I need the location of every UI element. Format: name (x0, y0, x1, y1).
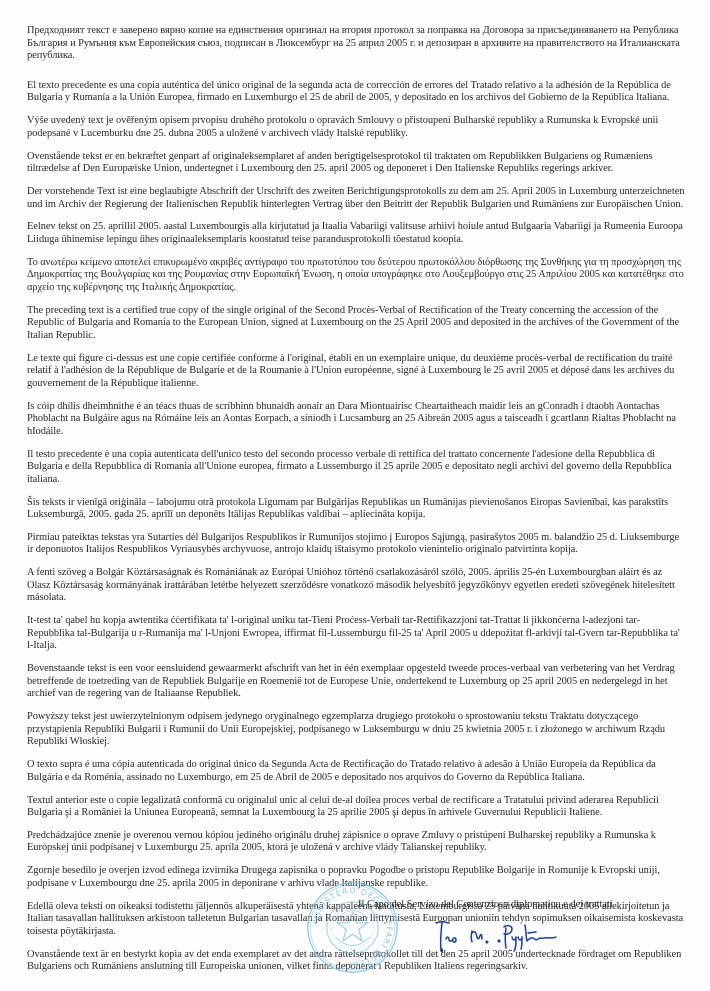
paragraph-fr: Le texte qui figure ci-dessus est une co… (27, 353, 687, 391)
ministry-stamp-icon: MINISTERO DEGLI AFFARI ESTERI ★ (305, 880, 400, 975)
document-page: Предходният текст е заверено вярно копие… (0, 0, 710, 991)
paragraph-el: Το ανωτέρω κείμενο αποτελεί επικυρωμένο … (27, 257, 687, 295)
paragraph-bg: Предходният текст е заверено вярно копие… (27, 25, 687, 63)
paragraph-pl: Powyższy tekst jest uwierzytelnionym odp… (27, 711, 687, 749)
paragraph-nl: Bovenstaande tekst is een voor eensluide… (27, 663, 687, 701)
paragraph-es: El texto precedente es una copia auténti… (27, 80, 687, 105)
paragraph-cs: Výše uvedený text je ověřeným opisem prv… (27, 115, 687, 140)
svg-text:★: ★ (373, 948, 379, 956)
paragraph-en: The preceding text is a certified true c… (27, 305, 687, 343)
handwritten-signature-icon (432, 917, 562, 957)
paragraph-sk: Predchádzajúce znenie je overenou vernou… (27, 830, 687, 855)
paragraph-et: Eelnev tekst on 25. aprillil 2005. aasta… (27, 221, 687, 246)
certification-text: Предходният текст е заверено вярно копие… (27, 25, 687, 984)
paragraph-it: Il testo precedente è una copia autentic… (27, 449, 687, 487)
paragraph-ga: Is cóip dhílis dheimhnithe é an téacs th… (27, 401, 687, 439)
paragraph-lv: Šis teksts ir vienīgā oriģināla – laboju… (27, 497, 687, 522)
paragraph-de: Der vorstehende Text ist eine beglaubigt… (27, 186, 687, 211)
paragraph-hu: A fenti szöveg a Bolgár Köztársaságnak é… (27, 567, 687, 605)
paragraph-mt: It-test ta' qabel hu kopja awtentika ċċe… (27, 615, 687, 653)
signature-block: MINISTERO DEGLI AFFARI ESTERI ★ Il Capo … (305, 880, 710, 991)
paragraph-da: Ovenstående tekst er en bekræftet genpar… (27, 151, 687, 176)
paragraph-pt: O texto supra é uma cópia autenticada do… (27, 759, 687, 784)
paragraph-ro: Textul anterior este o copie legalizată … (27, 795, 687, 820)
signatory-title: Il Capo del Servizo del Contenzioso dipl… (358, 899, 613, 910)
paragraph-lt: Pirmiau pateiktas tekstas yra Sutarties … (27, 532, 687, 557)
